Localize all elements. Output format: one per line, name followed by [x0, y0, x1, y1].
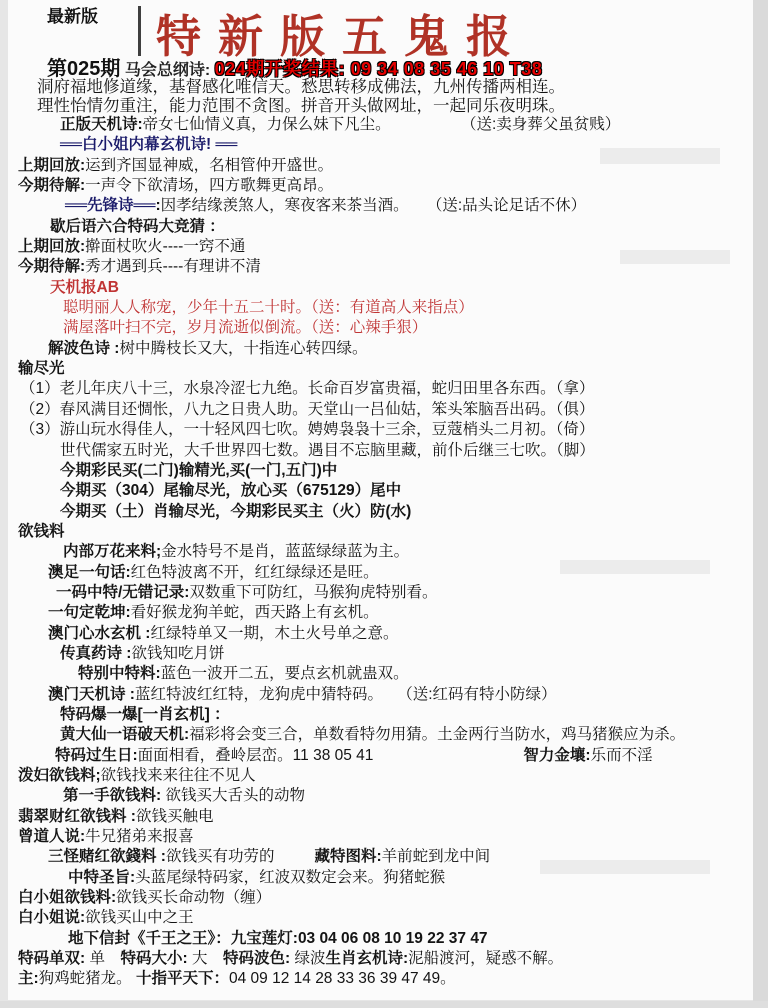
report-line: 特码单双: 单 特码大小: 大 特码波色: 绿波生肖玄机诗:泥船渡河，疑惑不解。 [8, 949, 753, 969]
line-part: 特别中特料: [78, 665, 161, 682]
line-part: 内部万花来料; [63, 543, 161, 560]
report-line: 曾道人说:牛兄猪弟来报喜 [8, 827, 753, 847]
line-part: 欲钱买触电 [136, 808, 214, 825]
line-part: 天机报AB [50, 279, 119, 296]
report-line: 今期彩民买(二门)输精光,买(一门,五门)中 [8, 461, 753, 481]
line-part: 泥船渡河，疑惑不解。 [408, 950, 563, 967]
report-line: 特码过生日:面面相看，叠岭层峦。11 38 05 41智力金壤:乐而不淫 [8, 746, 753, 766]
line-part: 狗鸡蛇猪龙。 [39, 970, 136, 987]
line-part: （3）游山玩水得佳人，一十轻风四七吹。娉娉袅袅十三余，豆蔻梢头二月初。（倚） [20, 421, 594, 438]
line-part: 歇后语六合特码大竞猜 ： [50, 218, 225, 235]
line-part: 今期待解: [18, 177, 85, 194]
report-line: （1）老儿年庆八十三，水泉冷涩七九绝。长命百岁富贵福，蛇归田里各东西。（拿） [8, 379, 753, 399]
edition-label: 最新版 [47, 2, 98, 27]
report-line: 白小姐说:欲钱买山中之王 [8, 908, 753, 928]
report-line: 翡翠财红欲钱料 :欲钱买触电 [8, 807, 753, 827]
line-part: 特码爆一爆[一肖玄机] ： [60, 706, 230, 723]
line-part: 特码过生日: [55, 747, 138, 764]
line-part: 满屋落叶扫不完，岁月流逝似倒流。（送：心辣手狠） [63, 319, 427, 336]
report-line: ══先锋诗══:因孝结缘羡煞人，寒夜客来茶当酒。（送:品头论足话不休） [8, 196, 753, 216]
line-part: 欲钱买山中之王 [85, 909, 194, 926]
line-part: 面面相看，叠岭层峦。11 38 05 41 [138, 747, 374, 764]
line-part: 蓝色一波开二五，要点玄机就蛊双。 [161, 665, 409, 682]
line-part: 一码中特/无错记录: [56, 584, 189, 601]
line-part: ══ [60, 136, 82, 153]
line-part: 解波色诗 : [48, 340, 119, 357]
line-part: 头蓝尾绿特码家，红波双数定会来。狗猪蛇猴 [135, 869, 445, 886]
line-part: 欲钱买长命动物（缠） [116, 889, 271, 906]
line-part: 九宝莲灯: [231, 930, 298, 947]
report-line: 传真药诗 :欲钱知吃月饼 [8, 644, 753, 664]
line-part: 今期买（304）尾输尽光，放心买（675129）尾中 [60, 482, 401, 499]
line-part: 蓝红特波红红特，龙狗虎中猜特码。 [135, 686, 383, 703]
line-part: 生肖玄机诗: [325, 950, 408, 967]
scan-smudge [540, 860, 710, 874]
report-line: 满屋落叶扫不完，岁月流逝似倒流。（送：心辣手狠） [8, 318, 753, 338]
line-part: 传真药诗 : [60, 645, 131, 662]
line-part: 上期回放: [18, 157, 85, 174]
line-part: 今期买（土）肖输尽光，今期彩民买主（火）防(水) [60, 503, 411, 520]
line-part: 04 09 12 14 28 33 36 39 47 49。 [229, 970, 456, 987]
line-part: 帝女七仙情义真，力保么妹下凡尘。 [143, 116, 391, 133]
line-part: 欲钱买大舌头的动物 [161, 787, 305, 804]
line-part: （送:红码有特小防绿） [405, 686, 557, 703]
report-line: 今期买（土）肖输尽光，今期彩民买主（火）防(水) [8, 502, 753, 522]
scan-edge-bottom [0, 1001, 768, 1008]
line-part: （1）老儿年庆八十三，水泉冷涩七九绝。长命百岁富贵福，蛇归田里各东西。（拿） [20, 380, 594, 397]
scan-edge-right [753, 0, 768, 1008]
line-part: 03 04 06 08 10 19 22 37 47 [298, 930, 488, 947]
report-line: 今期待解:一声令下欲清场，四方歌舞更高昂。 [8, 176, 753, 196]
line-part: 三怪赌红欲錢料 : [48, 848, 166, 865]
report-line: 一句定乾坤:看好猴龙狗羊蛇，西天路上有玄机。 [8, 603, 753, 623]
line-part: 红绿特单又一期，木土火号单之意。 [150, 625, 398, 642]
line-part: 聪明丽人人称宠，少年十五二十时。（送：有道高人来指点） [63, 299, 474, 316]
report-line: 澳门天机诗 :蓝红特波红红特，龙狗虎中猜特码。（送:红码有特小防绿） [8, 685, 753, 705]
line-part: 上期回放: [18, 238, 85, 255]
report-line: 一码中特/无错记录:双数重下可防红，马猴狗虎特别看。 [8, 583, 753, 603]
line-part: 澳门天机诗 : [48, 686, 135, 703]
line-part: 单 [85, 950, 120, 967]
line-part: 特码波色: [223, 950, 290, 967]
report-line: 第一手欲钱料: 欲钱买大舌头的动物 [8, 786, 753, 806]
line-part: 红色特波离不开，红红绿绿还是旺。 [131, 564, 379, 581]
line-part: 中特圣旨: [68, 869, 135, 886]
line-part: 一句定乾坤: [48, 604, 131, 621]
report-line: 欲钱料 [8, 522, 753, 542]
line-part: ══先锋诗══ [65, 197, 155, 214]
line-part: 福彩将会变三合，单数看特勿用猜。土金两行当防水，鸡马猪猴应为杀。 [189, 726, 685, 743]
report-line: （2）春风满目还惆怅，八九之日贵人助。天堂山一吕仙姑，笨头笨脑吾出码。（俱） [8, 400, 753, 420]
line-part: 白小姐说: [18, 909, 85, 926]
report-line: 今期买（304）尾输尽光，放心买（675129）尾中 [8, 481, 753, 501]
line-part: 金水特号不是肖，蓝蓝绿绿蓝为主。 [161, 543, 409, 560]
line-part: 正版天机诗: [60, 116, 143, 133]
line-part: 曾道人说: [18, 828, 85, 845]
line-part: 澳门心水玄机 : [48, 625, 150, 642]
line-part: （2）春风满目还惆怅，八九之日贵人助。天堂山一吕仙姑，笨头笨脑吾出码。（俱） [20, 401, 594, 418]
line-part: 特码大小: [120, 950, 187, 967]
line-part: 藏特图料: [314, 848, 381, 865]
line-part: 黄大仙一语破天机: [60, 726, 189, 743]
line-part: 欲钱买有功劳的 [166, 848, 275, 865]
line-part: 看好猴龙狗羊蛇，西天路上有玄机。 [131, 604, 379, 621]
line-part: 牛兄猪弟来报喜 [85, 828, 194, 845]
line-part: 一声令下欲清场，四方歌舞更高昂。 [85, 177, 333, 194]
report-line: 解波色诗 :树中腾枝长又大，十指连心转四绿。 [8, 339, 753, 359]
line-part: 第一手欲钱料: [63, 787, 161, 804]
line-part: 今期待解: [18, 258, 85, 275]
line-part: （送:品头论足话不休） [435, 197, 587, 214]
line-part: 欲钱找来来往往不见人 [101, 767, 256, 784]
report-line: 聪明丽人人称宠，少年十五二十时。（送：有道高人来指点） [8, 298, 753, 318]
report-line: 歇后语六合特码大竞猜 ： [8, 217, 753, 237]
line-part: 澳足一句话: [48, 564, 131, 581]
report-lines: 正版天机诗:帝女七仙情义真，力保么妹下凡尘。（送:卖身葬父虽贫贱）══白小姐内幕… [8, 115, 753, 990]
line-part: 主: [18, 970, 39, 987]
line-part: 翡翠财红欲钱料 : [18, 808, 136, 825]
line-part: 大 [188, 950, 223, 967]
line-part: 双数重下可防红，马猴狗虎特别看。 [189, 584, 437, 601]
line-part: 白小姐内幕玄机诗! [82, 136, 215, 153]
report-line: 主:狗鸡蛇猪龙。 十指平天下：04 09 12 14 28 33 36 39 4… [8, 969, 753, 989]
masthead-divider [138, 6, 141, 56]
scan-smudge [620, 250, 730, 264]
report-line: 泼妇欲钱料;欲钱找来来往往不见人 [8, 766, 753, 786]
line-part: ══ [215, 136, 237, 153]
line-part: 世代儒家五时光，大千世界四七数。遇目不忘脑里藏，前仆后继三七吹。（脚） [60, 442, 595, 459]
line-part: 白小姐欲钱料: [18, 889, 116, 906]
scanned-report-page: 最新版 特新版五鬼报 第025期 马会总纲诗: 024期开奖结果: 09 34 … [0, 0, 768, 1008]
report-line: 世代儒家五时光，大千世界四七数。遇目不忘脑里藏，前仆后继三七吹。（脚） [8, 441, 753, 461]
line-part: 因孝结缘羡煞人，寒夜客来茶当酒。 [161, 197, 409, 214]
line-part: 特码单双: [18, 950, 85, 967]
line-part: 绿波 [290, 950, 325, 967]
report-line: 澳门心水玄机 :红绿特单又一期，木土火号单之意。 [8, 624, 753, 644]
line-part: 智力金壤: [523, 747, 590, 764]
line-part: 羊前蛇到龙中间 [382, 848, 491, 865]
line-part: 运到齐国显神威，名相管仲开盛世。 [85, 157, 333, 174]
line-part: 欲钱料 [18, 523, 65, 540]
report-line: 地下信封《千王之王》：九宝莲灯:03 04 06 08 10 19 22 37 … [8, 929, 753, 949]
masthead-poem-line-2: 理性怡情勿重注，能力范围不贪图。拼音开头做网址，一起同乐夜明珠。 [37, 92, 565, 116]
report-line: 白小姐欲钱料:欲钱买长命动物（缠） [8, 888, 753, 908]
line-part: 欲钱知吃月饼 [131, 645, 224, 662]
line-part: 十指平天下： [136, 970, 229, 987]
line-part: （送:卖身葬父虽贫贱） [469, 116, 621, 133]
report-line: 特别中特料:蓝色一波开二五，要点玄机就蛊双。 [8, 664, 753, 684]
line-part: 擀面杖吹火----一窍不通 [85, 238, 245, 255]
scan-smudge [560, 560, 710, 574]
report-line: 输尽光 [8, 359, 753, 379]
report-line: 天机报AB [8, 278, 753, 298]
line-part: 泼妇欲钱料; [18, 767, 101, 784]
line-part: 秀才遇到兵----有理讲不清 [85, 258, 261, 275]
scan-smudge [600, 148, 720, 164]
report-line: 特码爆一爆[一肖玄机] ： [8, 705, 753, 725]
line-part: 树中腾枝长又大，十指连心转四绿。 [119, 340, 367, 357]
report-line: 正版天机诗:帝女七仙情义真，力保么妹下凡尘。（送:卖身葬父虽贫贱） [8, 115, 753, 135]
line-part: 地下信封《千王之王》： [68, 930, 231, 947]
report-line: 黄大仙一语破天机:福彩将会变三合，单数看特勿用猜。土金两行当防水，鸡马猪猴应为杀… [8, 725, 753, 745]
line-part: 输尽光 [18, 360, 65, 377]
report-line: （3）游山玩水得佳人，一十轻风四七吹。娉娉袅袅十三余，豆蔻梢头二月初。（倚） [8, 420, 753, 440]
line-part: 乐而不淫 [591, 747, 653, 764]
line-part: 今期彩民买(二门)输精光,买(一门,五门)中 [60, 462, 337, 479]
